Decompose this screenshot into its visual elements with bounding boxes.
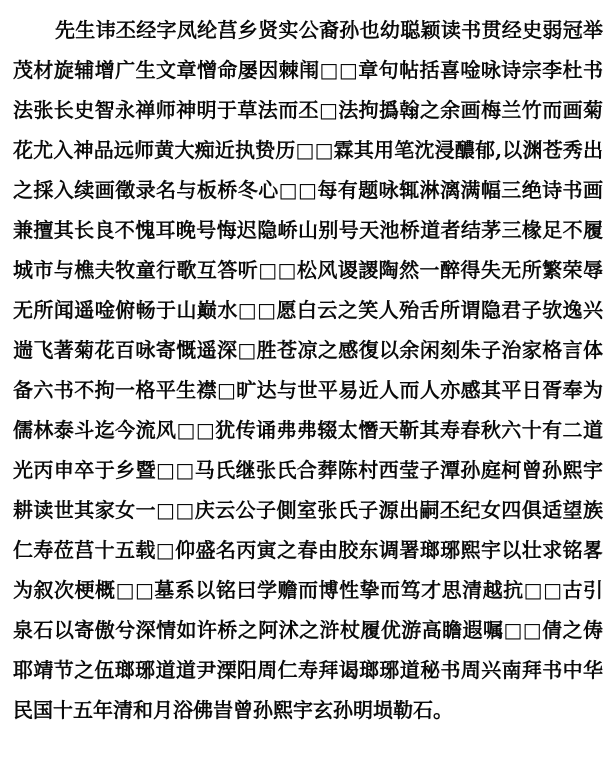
document-page: 先生讳丕经字凤纶莒乡贤实公裔孙也幼聪颖读书贯经史弱冠举 茂材旋辅增广生文章憎命屡… — [0, 0, 616, 784]
text-line: 泉石以寄傲兮深情如许桥之阿沭之浒杖履优游高瞻遐嘱□□倩之俦 — [13, 610, 603, 650]
text-line: 先生讳丕经字凤纶莒乡贤实公裔孙也幼聪颖读书贯经史弱冠举 — [13, 10, 603, 50]
text-line: 耶靖节之伍瑯琊道道尹溧阳周仁寿拜谒瑯琊道秘书周兴南拜书中华 — [13, 650, 603, 690]
text-line: 花尤入神品远师黄大痴近执贽历□□霖其用笔沈浸醲郁,以渊苍秀出 — [13, 130, 603, 170]
text-line: 民国十五年清和月浴佛旹曾孙熙宇玄孙明埙勒石。 — [13, 690, 603, 730]
text-line: 城市与樵夫牧童行歌互答听□□松风谡謖陶然一醉得失无所繁荣辱 — [13, 250, 603, 290]
text-line: 耕读世其家女一□□庆云公子側室张氏子源出嗣丕纪女四俱适望族 — [13, 490, 603, 530]
text-line: 茂材旋辅增广生文章憎命屡因棘闱□□章句帖括喜唫咏诗宗李杜书 — [13, 50, 603, 90]
text-line: 之採入续画徵录名与板桥冬心□□每有题咏辄淋漓满幅三绝诗书画 — [13, 170, 603, 210]
text-line: 儒林泰斗迄今流风□□犹传诵弗弗辍太憯天靳其寿春秋六十有二道 — [13, 410, 603, 450]
text-line: 光丙申卒于乡暨□□马氏继张氏合葬陈村西莹子潭孙庭柯曾孙熙宇 — [13, 450, 603, 490]
text-line: 仁寿莅莒十五载□仰盛名丙寅之春由胶东调署瑯琊熙宇以壮求铭畧 — [13, 530, 603, 570]
text-line: 法张长史智永禅师神明于草法而丕□法拘撝翰之余画梅兰竹而画菊 — [13, 90, 603, 130]
text-line: 遄飞著菊花百咏寄慨遥深□胜苍凉之感復以余闲刻朱子治家格言体 — [13, 330, 603, 370]
text-line: 无所闻遥唫俯畅于山巅水□□愿白云之笑人殆舌所谓隐君子欤逸兴 — [13, 290, 603, 330]
text-line: 备六书不拘一格平生襟□旷达与世平易近人而人亦感其平日胥奉为 — [13, 370, 603, 410]
text-line: 为叙次梗概□□墓系以铭曰学赡而博性挚而笃才思清越抗□□古引 — [13, 570, 603, 610]
text-line: 兼擅其长良不愧耳晚号悔迟隐峤山别号天池桥道者结茅三椽足不履 — [13, 210, 603, 250]
